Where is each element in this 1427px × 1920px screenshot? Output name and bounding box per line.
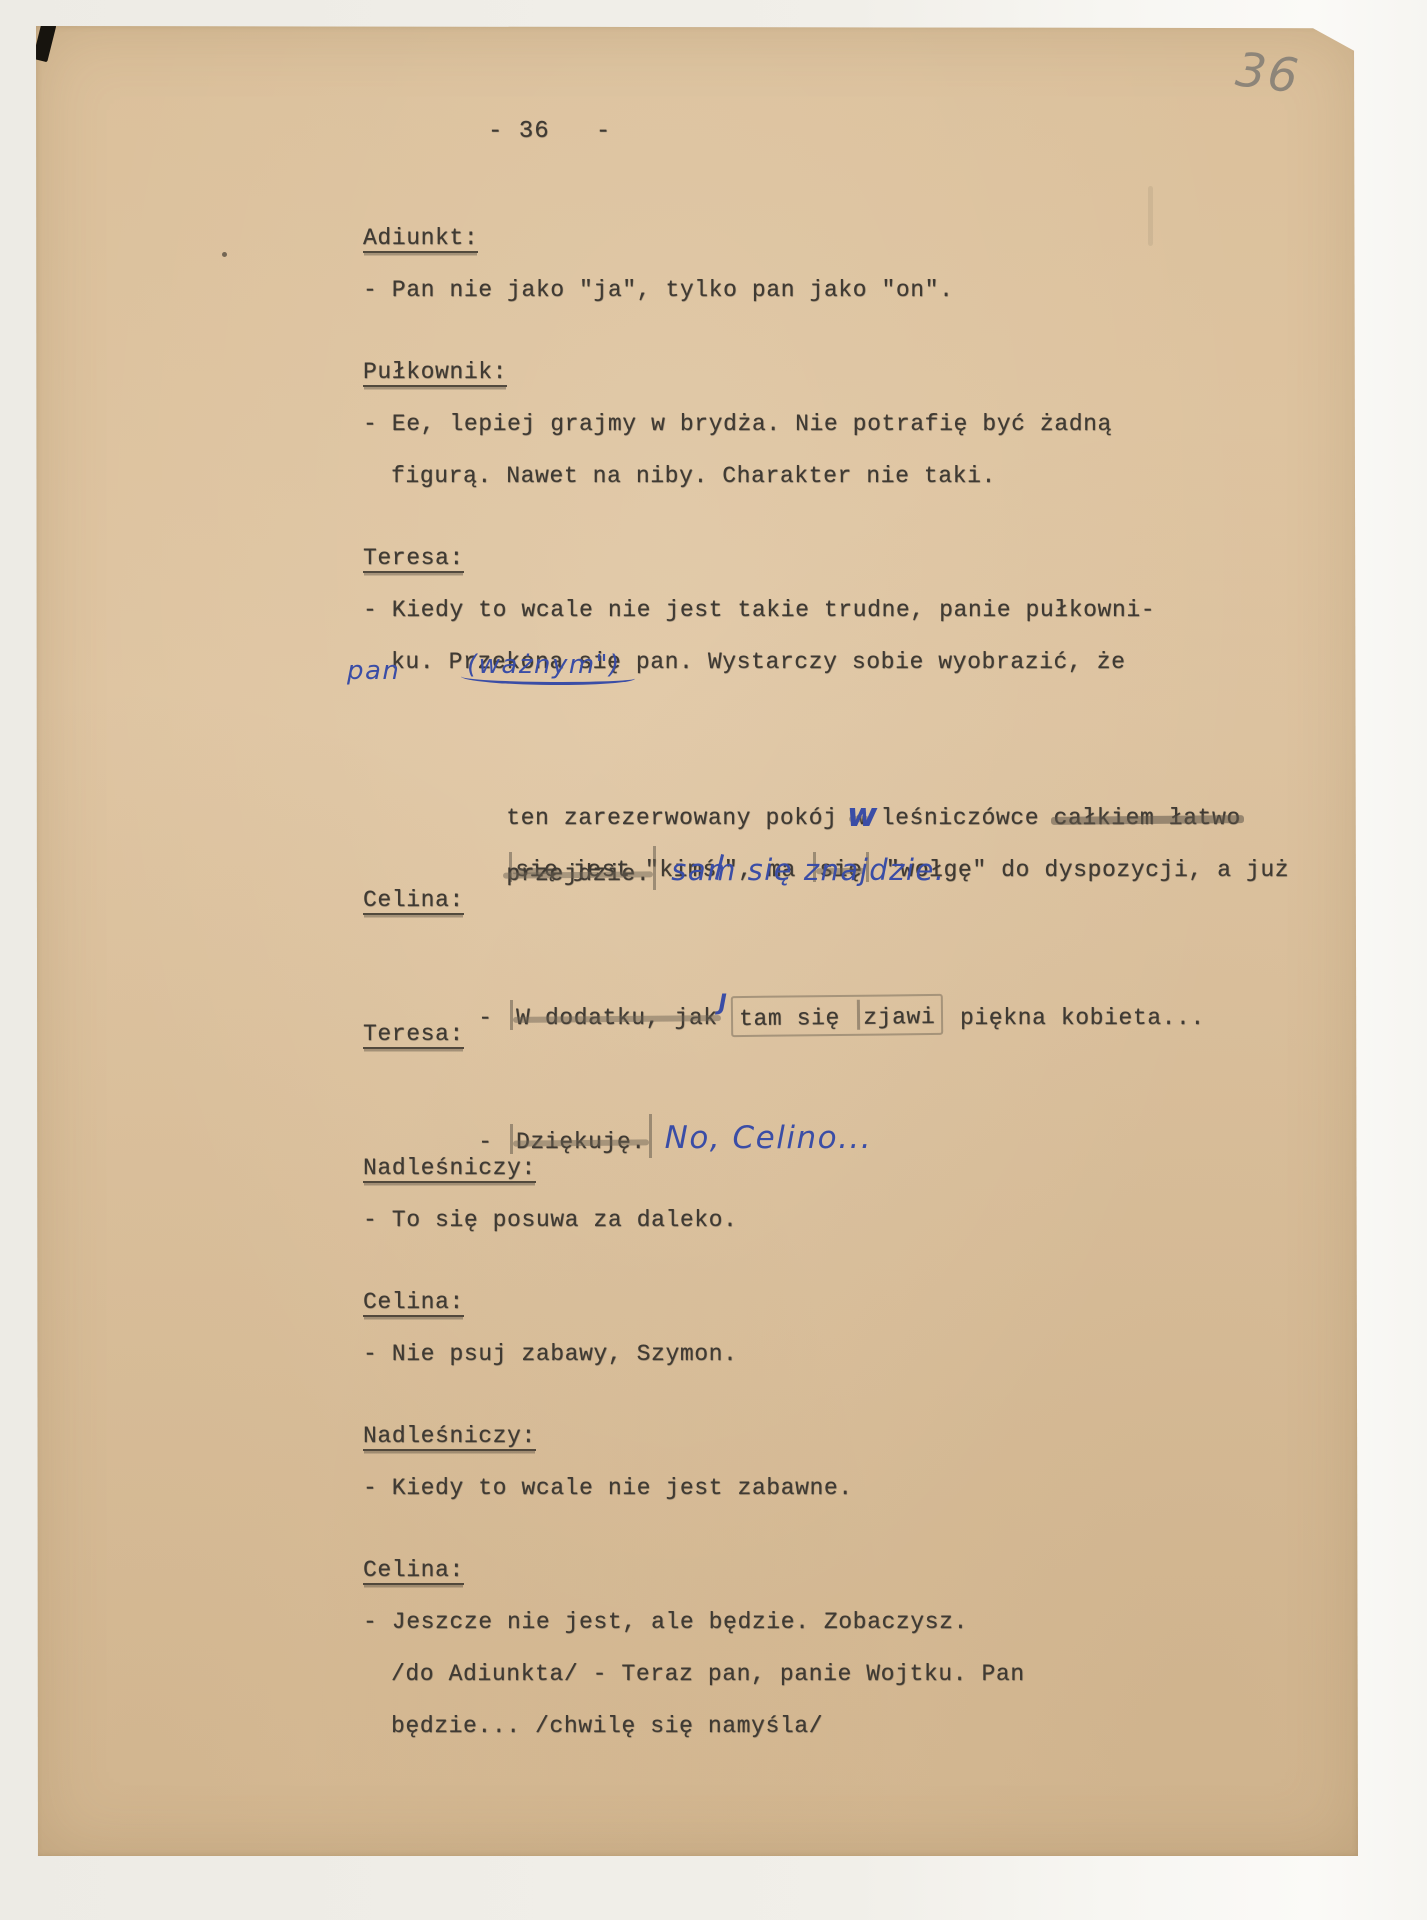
dialogue-block-teresa-2: Teresa: - Dziękuję.No, Celino... — [363, 1008, 1243, 1112]
dialogue-line: będzie... /chwilę się namyśla/ — [363, 1700, 1243, 1752]
dialogue-line: /do Adiunkta/ - Teraz pan, panie Wojtku.… — [363, 1648, 1243, 1700]
dialogue-block-nadlesniczy-2: Nadleśniczy: - Kiedy to wcale nie jest z… — [363, 1410, 1243, 1514]
dialogue-text: - Nie psuj zabawy, Szymon. — [363, 1341, 737, 1367]
paper-speck — [222, 252, 227, 257]
dialogue-text: - Pan nie jako "ja", tylko pan jako "on"… — [363, 277, 954, 303]
dialogue-line: - To się posuwa za daleko. — [363, 1194, 1243, 1246]
dialogue-text: figurą. Nawet na niby. Charakter nie tak… — [391, 463, 996, 489]
speaker-name: Pułkownik: — [363, 359, 507, 387]
dialogue-content: Adiunkt: - Pan nie jako "ja", tylko pan … — [363, 212, 1243, 1752]
page-number-typed: - 36 - — [488, 118, 611, 145]
speaker-name: Adiunkt: — [363, 225, 478, 253]
speaker-name: Celina: — [363, 887, 464, 915]
speaker-name: Nadleśniczy: — [363, 1423, 536, 1451]
corner-clip-mark — [33, 22, 57, 63]
dialogue-line: - Jeszcze nie jest, ale będzie. Zobaczys… — [363, 1596, 1243, 1648]
dialogue-block-pulkownik: Pułkownik: - Ee, lepiej grajmy w brydża.… — [363, 346, 1243, 502]
speaker-line: Teresa: — [363, 1008, 1243, 1060]
speaker-line: Celina: — [363, 874, 1243, 926]
dialogue-text: - Kiedy to wcale nie jest takie trudne, … — [363, 597, 1155, 623]
speaker-line: Celina: — [363, 1276, 1243, 1328]
dialogue-line: - Ee, lepiej grajmy w brydża. Nie potraf… — [363, 398, 1243, 450]
speaker-line: Pułkownik: — [363, 346, 1243, 398]
dialogue-block-nadlesniczy-1: Nadleśniczy: - To się posuwa za daleko. — [363, 1142, 1243, 1246]
dialogue-block-teresa-1: Teresa: - Kiedy to wcale nie jest takie … — [363, 532, 1243, 844]
speaker-line: Celina: — [363, 1544, 1243, 1596]
dialogue-line-corrected: pan (ważnym") się jest "kimś", ma się "w… — [363, 688, 1243, 740]
speaker-line: Teresa: — [363, 532, 1243, 584]
speaker-name: Teresa: — [363, 545, 464, 573]
speaker-line: Nadleśniczy: — [363, 1410, 1243, 1462]
dialogue-text: /do Adiunkta/ - Teraz pan, panie Wojtku.… — [391, 1661, 1025, 1687]
speaker-line: Nadleśniczy: — [363, 1142, 1243, 1194]
typescript-page: - 36 - 36 Adiunkt: - Pan nie jako "ja", … — [36, 26, 1358, 1856]
dialogue-line-corrected: - W dodatku, jakJtam się zjawi piękna ko… — [363, 926, 1243, 978]
dialogue-block-celina-3: Celina: - Jeszcze nie jest, ale będzie. … — [363, 1544, 1243, 1752]
speaker-name: Teresa: — [363, 1021, 464, 1049]
dialogue-text: - Kiedy to wcale nie jest zabawne. — [363, 1475, 853, 1501]
speaker-line: Adiunkt: — [363, 212, 1243, 264]
dialogue-text: będzie... /chwilę się namyśla/ — [391, 1713, 823, 1739]
dialogue-block-adiunkt: Adiunkt: - Pan nie jako "ja", tylko pan … — [363, 212, 1243, 316]
dialogue-line-corrected: ten zarezerwowany pokój ww leśniczówce c… — [363, 740, 1243, 792]
dialogue-text: - Jeszcze nie jest, ale będzie. Zobaczys… — [363, 1609, 968, 1635]
speaker-name: Celina: — [363, 1289, 464, 1317]
dialogue-text: - Ee, lepiej grajmy w brydża. Nie potraf… — [363, 411, 1112, 437]
dialogue-block-celina-2: Celina: - Nie psuj zabawy, Szymon. — [363, 1276, 1243, 1380]
dialogue-line: - Kiedy to wcale nie jest zabawne. — [363, 1462, 1243, 1514]
handwritten-correction-pan: pan — [347, 658, 400, 684]
speaker-name: Nadleśniczy: — [363, 1155, 536, 1183]
page-number-handwritten: 36 — [1233, 42, 1303, 104]
dialogue-line-corrected: przejdzie.sam się znajdzie. — [363, 792, 1243, 844]
dialogue-line-corrected: - Dziękuję.No, Celino... — [363, 1060, 1243, 1112]
dialogue-line: - Kiedy to wcale nie jest takie trudne, … — [363, 584, 1243, 636]
handwritten-correction-waznym: (ważnym") — [467, 652, 621, 678]
dialogue-line: figurą. Nawet na niby. Charakter nie tak… — [363, 450, 1243, 502]
dialogue-text: - To się posuwa za daleko. — [363, 1207, 737, 1233]
scan-background: { "page": { "typed_number": "- 36 -", "p… — [0, 0, 1427, 1920]
dialogue-block-celina-1: Celina: - W dodatku, jakJtam się zjawi p… — [363, 874, 1243, 978]
speaker-name: Celina: — [363, 1557, 464, 1585]
dialogue-line: - Nie psuj zabawy, Szymon. — [363, 1328, 1243, 1380]
dialogue-line: - Pan nie jako "ja", tylko pan jako "on"… — [363, 264, 1243, 316]
